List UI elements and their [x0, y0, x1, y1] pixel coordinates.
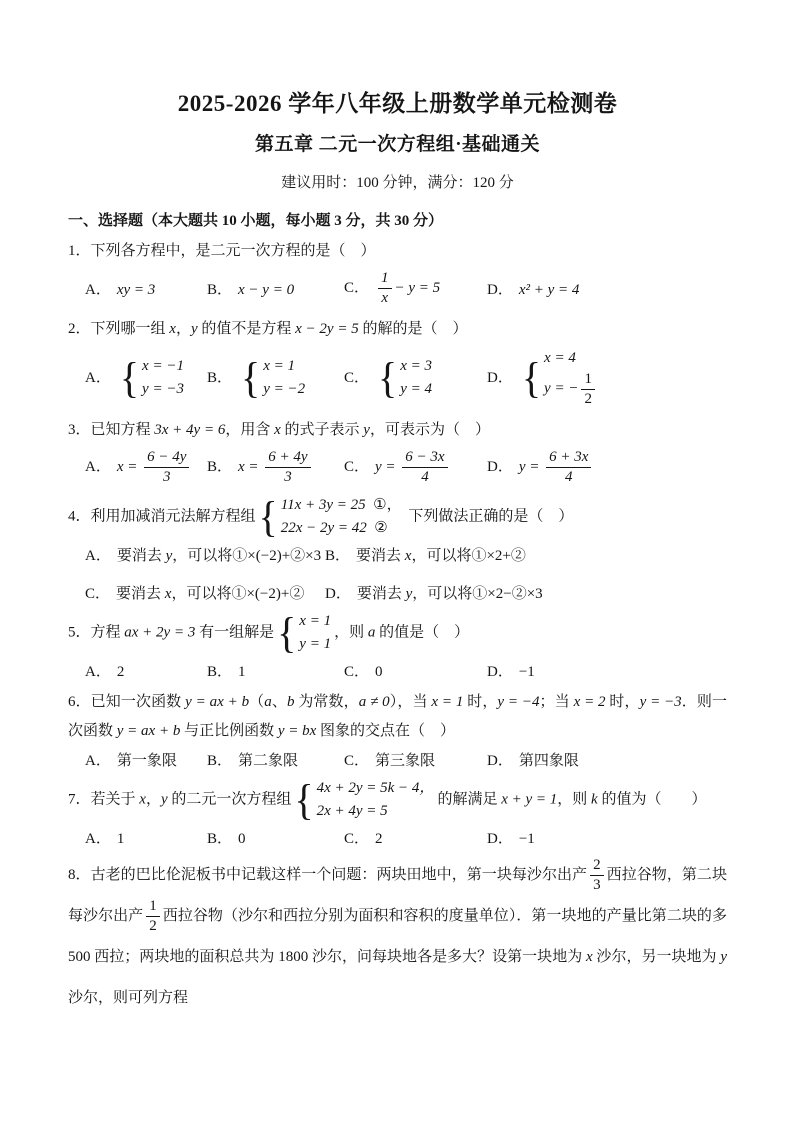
option-label: A． [85, 459, 111, 475]
option-b: B．1 [207, 660, 344, 681]
option-a: A．要消去 y，可以将①×(−2)+②×3 [85, 544, 325, 565]
option-body: 1x− y = 5 [375, 280, 440, 296]
option-body: −1 [519, 664, 535, 680]
option-d: D．x² + y = 4 [487, 278, 727, 299]
option-label: C． [344, 664, 369, 680]
paper-subtitle: 第五章 二元一次方程组·基础通关 [68, 129, 727, 156]
option-body: 第二象限 [238, 753, 298, 769]
question-2-options: A．{x = −1y = −3 B．{x = 1y = −2 C．{x = 3y… [85, 347, 727, 409]
option-a: A．1 [85, 827, 207, 848]
option-label: B． [207, 370, 232, 386]
option-body: x = 6 + 4y3 [238, 459, 314, 475]
option-body: xy = 3 [117, 282, 155, 298]
question-5-options: A．2 B．1 C．0 D．−1 [85, 660, 727, 681]
option-c: C．{x = 3y = 4 [344, 355, 487, 402]
option-body: x² + y = 4 [519, 282, 580, 298]
option-body: 要消去 x，可以将①×(−2)+② [116, 586, 304, 602]
option-body: 2 [117, 664, 125, 680]
option-label: B． [207, 831, 232, 847]
option-b: B．第二象限 [207, 749, 344, 770]
option-body: x − y = 0 [238, 282, 294, 298]
question-1-options: A．xy = 3 B．x − y = 0 C．1x− y = 5 D．x² + … [85, 269, 727, 308]
option-label: C． [85, 586, 110, 602]
paper-title: 2025-2026 学年八年级上册数学单元检测卷 [68, 88, 727, 120]
option-b: B．x − y = 0 [207, 278, 344, 299]
option-label: A． [85, 664, 111, 680]
option-a: A．第一象限 [85, 749, 207, 770]
option-body: 要消去 y，可以将①×(−2)+②×3 [117, 548, 321, 564]
option-body: {x = 3y = 4 [375, 370, 435, 386]
option-d: D．−1 [487, 660, 727, 681]
option-label: C． [344, 280, 369, 296]
option-a: A．{x = −1y = −3 [85, 355, 207, 402]
option-body: −1 [519, 831, 535, 847]
question-7: 7．若关于 x，y 的二元一次方程组{4x + 2y = 5k − 4，2x +… [68, 777, 727, 848]
question-5-stem: 5．方程 ax + 2y = 3 有一组解是{x = 1y = 1，则 a 的值… [68, 610, 727, 657]
option-a: A．x = 6 − 4y3 [85, 448, 207, 487]
option-label: A． [85, 370, 111, 386]
option-label: B． [207, 282, 232, 298]
option-body: 1 [117, 831, 125, 847]
option-label: A． [85, 831, 111, 847]
option-body: 0 [238, 831, 246, 847]
option-a: A．2 [85, 660, 207, 681]
option-label: D． [487, 664, 513, 680]
option-label: A． [85, 282, 111, 298]
question-7-stem: 7．若关于 x，y 的二元一次方程组{4x + 2y = 5k − 4，2x +… [68, 777, 727, 824]
option-label: C． [344, 753, 369, 769]
option-d: D．{x = 4y = −12 [487, 347, 727, 409]
option-body: 2 [375, 831, 383, 847]
option-label: C． [344, 370, 369, 386]
option-label: D． [487, 753, 513, 769]
option-body: y = 6 + 3x4 [519, 459, 595, 475]
option-label: C． [344, 459, 369, 475]
option-c: C．要消去 x，可以将①×(−2)+② [85, 582, 325, 603]
option-c: C．2 [344, 827, 487, 848]
option-label: A． [85, 548, 111, 564]
option-label: D． [487, 459, 513, 475]
question-6-stem: 6．已知一次函数 y = ax + b（a、b 为常数，a ≠ 0），当 x =… [68, 688, 727, 747]
option-body: 要消去 x，可以将①×2+② [356, 548, 526, 564]
option-label: B． [207, 459, 232, 475]
option-body: {x = 1y = −2 [238, 370, 308, 386]
option-label: D． [487, 282, 513, 298]
question-8: 8．古老的巴比伦泥板书中记载这样一个问题：两块田地中，第一块每沙尔出产23西拉谷… [68, 855, 727, 1020]
option-c: C．第三象限 [344, 749, 487, 770]
option-label: C． [344, 831, 369, 847]
option-body: 要消去 y，可以将①×2−②×3 [357, 586, 543, 602]
option-label: B． [207, 753, 232, 769]
question-3-stem: 3．已知方程 3x + 4y = 6，用含 x 的式子表示 y，可表示为（ ） [68, 416, 727, 445]
question-3-options: A．x = 6 − 4y3 B．x = 6 + 4y3 C．y = 6 − 3x… [85, 448, 727, 487]
option-body: y = 6 − 3x4 [375, 459, 451, 475]
option-label: B． [207, 664, 232, 680]
option-c: C．0 [344, 660, 487, 681]
question-5: 5．方程 ax + 2y = 3 有一组解是{x = 1y = 1，则 a 的值… [68, 610, 727, 681]
option-label: B． [325, 548, 350, 564]
option-body: 第三象限 [375, 753, 435, 769]
option-label: D． [487, 370, 513, 386]
option-c: C．1x− y = 5 [344, 269, 487, 308]
question-2-stem: 2．下列哪一组 x，y 的值不是方程 x − 2y = 5 的解的是（ ） [68, 315, 727, 344]
option-body: 0 [375, 664, 383, 680]
question-7-options: A．1 B．0 C．2 D．−1 [85, 827, 727, 848]
question-6-options: A．第一象限 B．第二象限 C．第三象限 D．第四象限 [85, 749, 727, 770]
question-8-stem: 8．古老的巴比伦泥板书中记载这样一个问题：两块田地中，第一块每沙尔出产23西拉谷… [68, 855, 727, 1020]
option-label: D． [325, 586, 351, 602]
option-label: A． [85, 753, 111, 769]
question-4-options-row2: C．要消去 x，可以将①×(−2)+② D．要消去 y，可以将①×2−②×3 [85, 582, 727, 603]
question-4: 4．利用加减消元法解方程组{11x + 3y = 25 ①，22x − 2y =… [68, 494, 727, 604]
paper-meta: 建议用时：100 分钟，满分：120 分 [68, 171, 727, 192]
option-d: D．要消去 y，可以将①×2−②×3 [325, 582, 727, 603]
option-d: D．y = 6 + 3x4 [487, 448, 727, 487]
option-body: {x = −1y = −3 [117, 370, 187, 386]
option-body: x = 6 − 4y3 [117, 459, 193, 475]
option-b: B．0 [207, 827, 344, 848]
option-body: 第一象限 [117, 753, 177, 769]
option-d: D．−1 [487, 827, 727, 848]
question-4-options-row1: A．要消去 y，可以将①×(−2)+②×3 B．要消去 x，可以将①×2+② [85, 544, 727, 565]
option-a: A．xy = 3 [85, 278, 207, 299]
question-4-stem: 4．利用加减消元法解方程组{11x + 3y = 25 ①，22x − 2y =… [68, 494, 727, 541]
option-d: D．第四象限 [487, 749, 727, 770]
question-3: 3．已知方程 3x + 4y = 6，用含 x 的式子表示 y，可表示为（ ） … [68, 416, 727, 487]
option-body: {x = 4y = −12 [519, 370, 601, 386]
exam-paper: 2025-2026 学年八年级上册数学单元检测卷 第五章 二元一次方程组·基础通… [0, 0, 793, 1122]
option-b: B．x = 6 + 4y3 [207, 448, 344, 487]
option-body: 1 [238, 664, 246, 680]
option-label: D． [487, 831, 513, 847]
question-6: 6．已知一次函数 y = ax + b（a、b 为常数，a ≠ 0），当 x =… [68, 688, 727, 771]
question-1-stem: 1．下列各方程中，是二元一次方程的是（ ） [68, 237, 727, 266]
question-2: 2．下列哪一组 x，y 的值不是方程 x − 2y = 5 的解的是（ ） A．… [68, 315, 727, 409]
option-body: 第四象限 [519, 753, 579, 769]
option-b: B．要消去 x，可以将①×2+② [325, 544, 727, 565]
section-heading: 一、选择题（本大题共 10 小题，每小题 3 分，共 30 分） [68, 209, 727, 230]
option-b: B．{x = 1y = −2 [207, 355, 344, 402]
question-1: 1．下列各方程中，是二元一次方程的是（ ） A．xy = 3 B．x − y =… [68, 237, 727, 308]
option-c: C．y = 6 − 3x4 [344, 448, 487, 487]
